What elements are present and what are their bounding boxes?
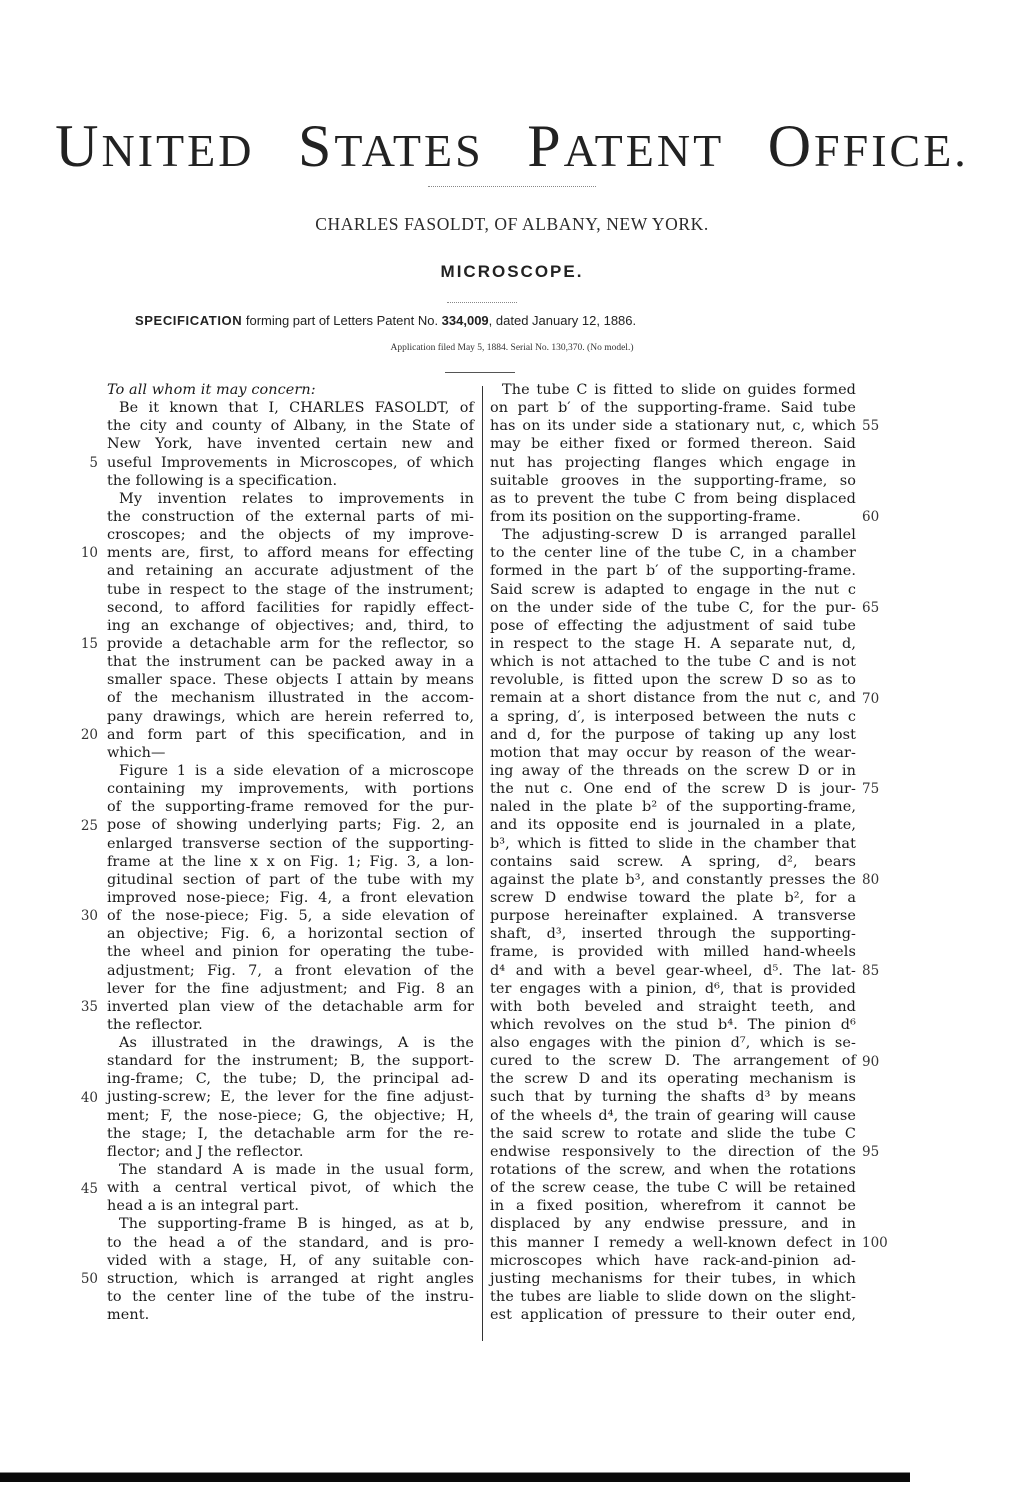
title-word: PATENT bbox=[527, 125, 724, 176]
text-line: may be either fixed or formed thereon. S… bbox=[490, 435, 856, 453]
text-line: the reflector. bbox=[107, 1016, 474, 1034]
line-number: 25 bbox=[81, 817, 98, 835]
text-line: frame, is provided with milled hand-whee… bbox=[490, 943, 856, 961]
title-divider bbox=[428, 186, 596, 188]
text-line: to the center line of the tube of the in… bbox=[107, 1288, 474, 1306]
text-line: provide a detachable arm for the reflect… bbox=[107, 635, 474, 653]
line-number: 85 bbox=[862, 962, 879, 980]
text-line: smaller space. These objects I attain by… bbox=[107, 671, 474, 689]
line-number: 45 bbox=[81, 1180, 98, 1198]
text-line: motion that may occur by reason of the w… bbox=[490, 744, 856, 762]
line-number: 50 bbox=[81, 1270, 98, 1288]
text-line: contains said screw. A spring, d², bears bbox=[490, 853, 856, 871]
line-number: 65 bbox=[862, 599, 879, 617]
spec-prefix: SPECIFICATION bbox=[135, 313, 242, 328]
text-line: that the instrument can be packed away i… bbox=[107, 653, 474, 671]
text-line: and retaining an accurate adjustment of … bbox=[107, 562, 474, 580]
text-line: standard for the instrument; B, the supp… bbox=[107, 1052, 474, 1070]
text-line: such that by turning the shafts d³ by me… bbox=[490, 1088, 856, 1106]
text-line: on part b′ of the supporting-frame. Said… bbox=[490, 399, 856, 417]
text-line: which— bbox=[107, 744, 474, 762]
line-number: 60 bbox=[862, 508, 879, 526]
patent-number: 334,009 bbox=[442, 313, 489, 328]
text-line: flector; and J the reflector. bbox=[107, 1143, 474, 1161]
text-line: ing away of the threads on the screw D o… bbox=[490, 762, 856, 780]
text-line: second, to afford facilities for rapidly… bbox=[107, 599, 474, 617]
text-line: and its opposite end is journaled in a p… bbox=[490, 816, 856, 834]
text-line: Said screw is adapted to engage in the n… bbox=[490, 581, 856, 599]
text-line: est application of pressure to their out… bbox=[490, 1306, 856, 1324]
text-line: Figure 1 is a side elevation of a micros… bbox=[107, 762, 474, 780]
text-line: of the wheels d⁴, the train of gearing w… bbox=[490, 1107, 856, 1125]
text-line: rotations of the screw, and when the rot… bbox=[490, 1161, 856, 1179]
text-line: pose of showing underlying parts; Fig. 2… bbox=[107, 816, 474, 834]
text-line: endwise responsively to the direction of… bbox=[490, 1143, 856, 1161]
text-line: nut has projecting flanges which engage … bbox=[490, 454, 856, 472]
application-line: Application filed May 5, 1884. Serial No… bbox=[0, 343, 1024, 353]
text-line: this manner I remedy a well-known defect… bbox=[490, 1234, 856, 1252]
patent-date: January 12, 1886. bbox=[532, 313, 636, 328]
line-number: 75 bbox=[862, 780, 879, 798]
text-line: d⁴ and with a bevel gear-wheel, d⁵. The … bbox=[490, 962, 856, 980]
text-line: the city and county of Albany, in the St… bbox=[107, 417, 474, 435]
text-line: the wheel and pinion for operating the t… bbox=[107, 943, 474, 961]
text-line: revoluble, is fitted upon the screw D so… bbox=[490, 671, 856, 689]
text-line: naled in the plate b² of the supporting-… bbox=[490, 798, 856, 816]
text-line: tube in respect to the stage of the inst… bbox=[107, 581, 474, 599]
text-line: The standard A is made in the usual form… bbox=[107, 1161, 474, 1179]
text-line: screw D endwise toward the plate b², for… bbox=[490, 889, 856, 907]
text-line: the following is a specification. bbox=[107, 472, 474, 490]
line-number: 80 bbox=[862, 871, 879, 889]
text-line: The tube C is fitted to slide on guides … bbox=[490, 381, 856, 399]
page-bottom-bar bbox=[0, 1473, 910, 1482]
text-line: from its position on the supporting-fram… bbox=[490, 508, 856, 526]
text-line: on the under side of the tube C, for the… bbox=[490, 599, 856, 617]
left-column: To all whom it may concern:Be it known t… bbox=[107, 381, 474, 1324]
text-line: microscopes which have rack-and-pinion a… bbox=[490, 1252, 856, 1270]
text-line: which revolves on the stud b⁴. The pinio… bbox=[490, 1016, 856, 1034]
line-number: 35 bbox=[81, 998, 98, 1016]
text-line: pany drawings, which are herein referred… bbox=[107, 708, 474, 726]
line-number: 90 bbox=[862, 1053, 879, 1071]
text-line: in respect to the stage H. A separate nu… bbox=[490, 635, 856, 653]
text-line: lever for the fine adjustment; and Fig. … bbox=[107, 980, 474, 998]
text-line: ments are, first, to afford means for ef… bbox=[107, 544, 474, 562]
text-line: As illustrated in the drawings, A is the bbox=[107, 1034, 474, 1052]
text-line: gitudinal section of part of the tube wi… bbox=[107, 871, 474, 889]
text-line: the stage; I, the detachable arm for the… bbox=[107, 1125, 474, 1143]
text-line: enlarged transverse section of the suppo… bbox=[107, 835, 474, 853]
text-line: useful Improvements in Microscopes, of w… bbox=[107, 454, 474, 472]
text-line: improved nose-piece; Fig. 4, a front ele… bbox=[107, 889, 474, 907]
text-line: ment; F, the nose-piece; G, the objectiv… bbox=[107, 1107, 474, 1125]
text-line: vided with a stage, H, of any suitable c… bbox=[107, 1252, 474, 1270]
text-line: ter engages with a pinion, d⁶, that is p… bbox=[490, 980, 856, 998]
header-rule bbox=[445, 372, 515, 373]
title-word: STATES bbox=[298, 125, 484, 176]
inventor-line: CHARLES FASOLDT, OF ALBANY, NEW YORK. bbox=[0, 214, 1024, 235]
text-line: in a fixed position, wherefrom it cannot… bbox=[490, 1197, 856, 1215]
text-line: has on its under side a stationary nut, … bbox=[490, 417, 856, 435]
text-line: My invention relates to improvements in bbox=[107, 490, 474, 508]
text-line: purpose hereinafter explained. A transve… bbox=[490, 907, 856, 925]
text-line: of the supporting-frame removed for the … bbox=[107, 798, 474, 816]
text-line: also engages with the pinion d⁷, which i… bbox=[490, 1034, 856, 1052]
text-line: of the nose-piece; Fig. 5, a side elevat… bbox=[107, 907, 474, 925]
text-line: a spring, d′, is interposed between the … bbox=[490, 708, 856, 726]
text-line: justing-screw; E, the lever for the fine… bbox=[107, 1088, 474, 1106]
title-word: UNITED bbox=[55, 125, 254, 176]
text-line: frame at the line x x on Fig. 1; Fig. 3,… bbox=[107, 853, 474, 871]
line-number: 70 bbox=[862, 690, 879, 708]
text-line: The adjusting-screw D is arranged parall… bbox=[490, 526, 856, 544]
text-line: ment. bbox=[107, 1306, 474, 1324]
text-line: Be it known that I, CHARLES FASOLDT, of bbox=[107, 399, 474, 417]
line-number: 55 bbox=[862, 417, 879, 435]
text-line: cured to the screw D. The arrangement of bbox=[490, 1052, 856, 1070]
text-line: shaft, d³, inserted through the supporti… bbox=[490, 925, 856, 943]
text-line: b³, which is fitted to slide in the cham… bbox=[490, 835, 856, 853]
text-line: containing my improvements, with portion… bbox=[107, 780, 474, 798]
column-divider bbox=[482, 386, 483, 1341]
text-line: head a is an integral part. bbox=[107, 1197, 474, 1215]
line-number: 20 bbox=[81, 726, 98, 744]
text-line: with a central vertical pivot, of which … bbox=[107, 1179, 474, 1197]
text-line: the nut c. One end of the screw D is jou… bbox=[490, 780, 856, 798]
text-line: croscopes; and the objects of my improve… bbox=[107, 526, 474, 544]
text-line: the said screw to rotate and slide the t… bbox=[490, 1125, 856, 1143]
text-line: of the screw cease, the tube C will be r… bbox=[490, 1179, 856, 1197]
text-line: which is not attached to the tube C and … bbox=[490, 653, 856, 671]
line-number: 30 bbox=[81, 907, 98, 925]
text-line: against the plate b³, and constantly pre… bbox=[490, 871, 856, 889]
text-line: inverted plan view of the detachable arm… bbox=[107, 998, 474, 1016]
spec-middle: forming part of Letters Patent No. bbox=[242, 313, 441, 328]
invention-title: MICROSCOPE. bbox=[0, 262, 1024, 282]
line-number: 95 bbox=[862, 1143, 879, 1161]
text-line: to the head a of the standard, and is pr… bbox=[107, 1234, 474, 1252]
text-line: ing-frame; C, the tube; D, the principal… bbox=[107, 1070, 474, 1088]
line-number: 15 bbox=[81, 635, 98, 653]
line-number: 40 bbox=[81, 1089, 98, 1107]
text-line: pose of effecting the adjustment of said… bbox=[490, 617, 856, 635]
text-line: adjustment; Fig. 7, a front elevation of… bbox=[107, 962, 474, 980]
title-word: OFFICE. bbox=[768, 125, 969, 176]
text-line: To all whom it may concern: bbox=[107, 381, 474, 399]
text-line: the tubes are liable to slide down on th… bbox=[490, 1288, 856, 1306]
text-line: of the mechanism illustrated in the acco… bbox=[107, 689, 474, 707]
text-line: struction, which is arranged at right an… bbox=[107, 1270, 474, 1288]
text-line: the screw D and its operating mechanism … bbox=[490, 1070, 856, 1088]
spec-dated-label: , dated bbox=[489, 313, 532, 328]
text-line: an objective; Fig. 6, a horizontal secti… bbox=[107, 925, 474, 943]
line-number: 5 bbox=[89, 454, 98, 472]
text-line: to the center line of the tube C, in a c… bbox=[490, 544, 856, 562]
line-number: 10 bbox=[81, 544, 98, 562]
line-number: 100 bbox=[862, 1234, 888, 1252]
specification-line: SPECIFICATION forming part of Letters Pa… bbox=[135, 313, 835, 328]
text-line: the construction of the external parts o… bbox=[107, 508, 474, 526]
office-title: UNITED STATES PATENT OFFICE. bbox=[0, 112, 1024, 181]
text-line: and form part of this specification, and… bbox=[107, 726, 474, 744]
text-line: displaced by any endwise pressure, and i… bbox=[490, 1215, 856, 1233]
text-line: suitable grooves in the supporting-frame… bbox=[490, 472, 856, 490]
text-line: formed in the part b′ of the supporting-… bbox=[490, 562, 856, 580]
text-line: The supporting-frame B is hinged, as at … bbox=[107, 1215, 474, 1233]
text-line: New York, have invented certain new and bbox=[107, 435, 474, 453]
text-line: justing mechanisms for their tubes, in w… bbox=[490, 1270, 856, 1288]
text-line: ing an exchange of objectives; and, thir… bbox=[107, 617, 474, 635]
invention-title-divider bbox=[447, 302, 517, 304]
text-line: and d, for the purpose of taking up any … bbox=[490, 726, 856, 744]
right-column: The tube C is fitted to slide on guides … bbox=[490, 381, 856, 1324]
text-line: with both beveled and straight teeth, an… bbox=[490, 998, 856, 1016]
text-line: as to prevent the tube C from being disp… bbox=[490, 490, 856, 508]
text-line: remain at a short distance from the nut … bbox=[490, 689, 856, 707]
